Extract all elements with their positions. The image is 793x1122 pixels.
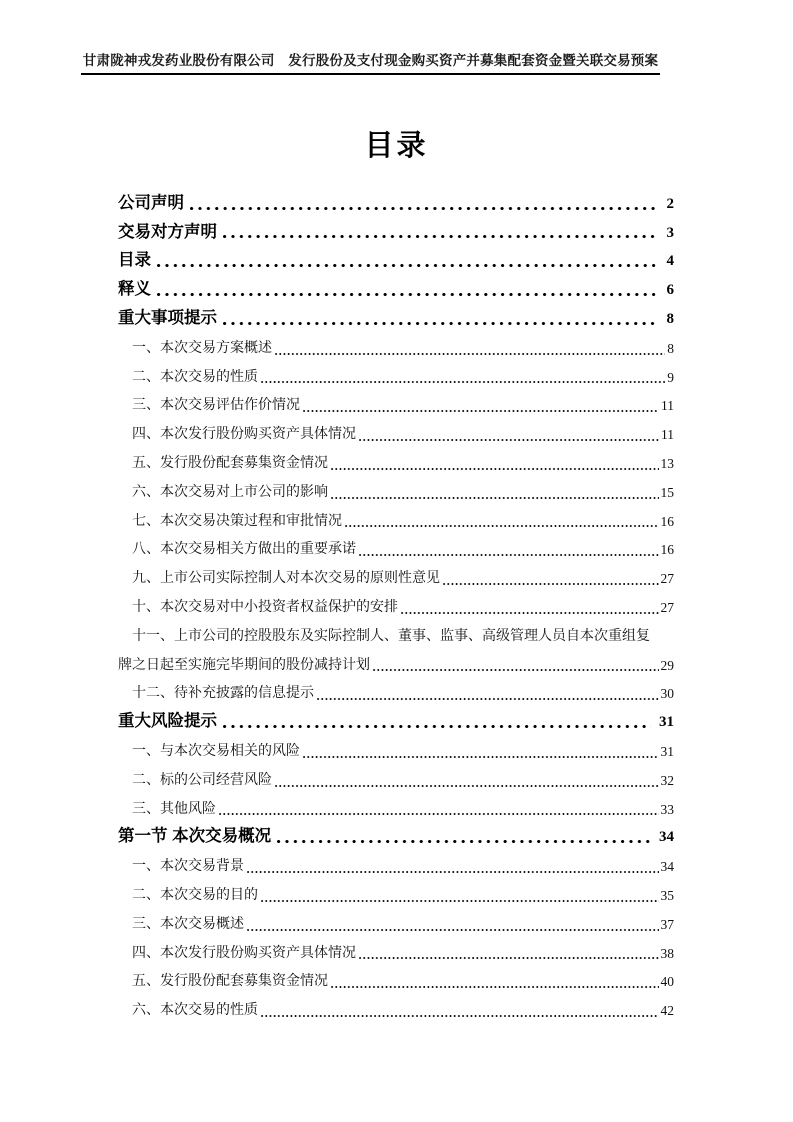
- toc-entry[interactable]: 一、与本次交易相关的风险 31: [118, 735, 674, 764]
- toc-entry[interactable]: 公司声明 2: [118, 188, 674, 217]
- toc-entry-page: 30: [661, 686, 675, 702]
- toc-entry-page: 15: [661, 485, 675, 501]
- toc-entry-label: 一、本次交易背景: [118, 855, 244, 875]
- toc-entry-label: 六、本次交易的性质: [118, 999, 258, 1019]
- toc-entry[interactable]: 十一、上市公司的控股股东及实际控制人、董事、监事、高级管理人员自本次重组复: [118, 620, 674, 649]
- toc-entry-label: 重大风险提示: [118, 707, 217, 731]
- toc-entry[interactable]: 八、本次交易相关方做出的重要承诺 16: [118, 534, 674, 563]
- toc-entry-label: 八、本次交易相关方做出的重要承诺: [118, 538, 356, 558]
- toc-entry[interactable]: 重大风险提示 31: [118, 706, 674, 735]
- toc-entry-page: 13: [661, 456, 675, 472]
- toc-entry-page: 27: [661, 571, 675, 587]
- toc-entry-label: 五、发行股份配套募集资金情况: [118, 452, 328, 472]
- toc-entry-label: 六、本次交易对上市公司的影响: [118, 481, 328, 501]
- toc-entry[interactable]: 七、本次交易决策过程和审批情况 16: [118, 505, 674, 534]
- toc-leader-dots: [247, 929, 659, 931]
- toc-leader-dots: [345, 525, 659, 527]
- toc-leader-dots: [190, 207, 659, 210]
- toc-entry-page: 29: [661, 658, 675, 674]
- toc-entry-label: 三、本次交易概述: [118, 913, 244, 933]
- toc-entry-page: 42: [661, 1003, 675, 1019]
- toc-entry-label: 目录: [118, 246, 151, 270]
- toc-entry-label: 公司声明: [118, 189, 184, 213]
- toc-entry-page: 34: [661, 859, 675, 875]
- toc-entry[interactable]: 重大事项提示 8: [118, 303, 674, 332]
- toc-leader-dots: [275, 353, 665, 355]
- toc-entry-page: 40: [661, 974, 675, 990]
- toc-entry[interactable]: 一、本次交易方案概述 8: [118, 332, 674, 361]
- toc-entry-label: 三、其他风险: [118, 798, 216, 818]
- toc-entry-label: 三、本次交易评估作价情况: [118, 394, 300, 414]
- toc-leader-dots: [331, 986, 659, 988]
- toc-entry[interactable]: 第一节 本次交易概况 34: [118, 822, 674, 851]
- toc-entry-page: 6: [667, 282, 675, 299]
- toc-leader-dots: [157, 264, 659, 267]
- toc-entry-page: 32: [661, 773, 675, 789]
- toc-entry-label: 二、标的公司经营风险: [118, 769, 272, 789]
- toc-entry[interactable]: 牌之日起至实施完毕期间的股份减持计划 29: [118, 649, 674, 678]
- toc-leader-dots: [261, 1015, 659, 1017]
- toc-entry[interactable]: 五、发行股份配套募集资金情况 40: [118, 966, 674, 995]
- toc-entry[interactable]: 三、本次交易评估作价情况 11: [118, 390, 674, 419]
- toc-entry-page: 11: [661, 398, 674, 414]
- toc-entry-page: 16: [661, 514, 675, 530]
- page-header-text: 甘肃陇神戎发药业股份有限公司 发行股份及支付现金购买资产并募集配套资金暨关联交易…: [81, 49, 660, 75]
- toc-leader-dots: [157, 293, 659, 296]
- toc-entry-label: 七、本次交易决策过程和审批情况: [118, 510, 342, 530]
- toc-leader-dots: [331, 468, 659, 470]
- toc-entry-page: 31: [661, 744, 675, 760]
- toc-leader-dots: [219, 813, 659, 815]
- toc-entry-label: 一、本次交易方案概述: [118, 337, 272, 357]
- toc-leader-dots: [261, 900, 659, 902]
- toc-entry-label: 二、本次交易的目的: [118, 884, 258, 904]
- toc-entry-page: 37: [661, 917, 675, 933]
- toc-entry-label: 十二、待补充披露的信息提示: [118, 682, 314, 702]
- toc-leader-dots: [303, 410, 659, 412]
- toc-entry-page: 11: [661, 427, 674, 443]
- toc-entry-page: 8: [667, 311, 675, 328]
- toc-entry-page: 3: [667, 225, 675, 242]
- toc-entry-label: 二、本次交易的性质: [118, 366, 258, 386]
- toc-entry[interactable]: 释义 6: [118, 274, 674, 303]
- toc-leader-dots: [331, 497, 659, 499]
- toc-leader-dots: [443, 583, 659, 585]
- toc-leader-dots: [277, 840, 651, 843]
- toc-leader-dots: [317, 698, 659, 700]
- toc-leader-dots: [359, 439, 659, 441]
- toc-entry[interactable]: 六、本次交易的性质 42: [118, 994, 674, 1023]
- toc-entry-page: 27: [661, 600, 675, 616]
- toc-entry[interactable]: 十二、待补充披露的信息提示 30: [118, 678, 674, 707]
- toc-leader-dots: [223, 322, 659, 325]
- toc-leader-dots: [303, 756, 659, 758]
- document-page: 甘肃陇神戎发药业股份有限公司 发行股份及支付现金购买资产并募集配套资金暨关联交易…: [0, 0, 793, 1122]
- page-title: 目录: [0, 123, 793, 164]
- toc-entry[interactable]: 目录 4: [118, 246, 674, 275]
- toc-entry-page: 35: [661, 888, 675, 904]
- toc-entry-page: 2: [667, 196, 675, 213]
- toc-leader-dots: [261, 381, 665, 383]
- toc-entry-label: 十一、上市公司的控股股东及实际控制人、董事、监事、高级管理人员自本次重组复: [118, 625, 650, 645]
- toc-entry-page: 38: [661, 946, 675, 962]
- page-header: 甘肃陇神戎发药业股份有限公司 发行股份及支付现金购买资产并募集配套资金暨关联交易…: [0, 49, 793, 75]
- toc-entry[interactable]: 五、发行股份配套募集资金情况 13: [118, 447, 674, 476]
- toc-entry-label: 五、发行股份配套募集资金情况: [118, 970, 328, 990]
- toc-entry-label: 四、本次发行股份购买资产具体情况: [118, 423, 356, 443]
- toc-entry[interactable]: 三、其他风险 33: [118, 793, 674, 822]
- toc-entry-label: 释义: [118, 275, 151, 299]
- toc-entry-label: 重大事项提示: [118, 304, 217, 328]
- toc-leader-dots: [275, 785, 659, 787]
- toc-entry[interactable]: 三、本次交易概述 37: [118, 908, 674, 937]
- toc-entry[interactable]: 二、标的公司经营风险 32: [118, 764, 674, 793]
- toc-entry-label: 四、本次发行股份购买资产具体情况: [118, 942, 356, 962]
- toc-entry-page: 31: [659, 714, 674, 731]
- toc-entry[interactable]: 二、本次交易的目的 35: [118, 879, 674, 908]
- toc-entry-page: 16: [661, 542, 675, 558]
- toc-entry-label: 一、与本次交易相关的风险: [118, 740, 300, 760]
- toc-entry[interactable]: 交易对方声明 3: [118, 217, 674, 246]
- toc-entry-label: 交易对方声明: [118, 218, 217, 242]
- toc-entry-page: 33: [661, 802, 675, 818]
- toc-entry[interactable]: 十、本次交易对中小投资者权益保护的安排 27: [118, 591, 674, 620]
- toc-leader-dots: [223, 725, 651, 728]
- toc-entry[interactable]: 六、本次交易对上市公司的影响 15: [118, 476, 674, 505]
- toc-entry-label: 牌之日起至实施完毕期间的股份减持计划: [118, 654, 370, 674]
- toc-entry-page: 8: [667, 341, 674, 357]
- toc-entry[interactable]: 四、本次发行股份购买资产具体情况 38: [118, 937, 674, 966]
- toc-entry-page: 4: [667, 253, 675, 270]
- toc-entry[interactable]: 四、本次发行股份购买资产具体情况 11: [118, 418, 674, 447]
- toc-leader-dots: [247, 871, 659, 873]
- toc-entry-label: 第一节 本次交易概况: [118, 822, 271, 846]
- toc-entry-label: 十、本次交易对中小投资者权益保护的安排: [118, 596, 398, 616]
- toc-leader-dots: [373, 669, 659, 671]
- toc-leader-dots: [401, 612, 659, 614]
- toc-entry-label: 九、上市公司实际控制人对本次交易的原则性意见: [118, 567, 440, 587]
- toc-entry-page: 9: [667, 370, 674, 386]
- toc-leader-dots: [359, 554, 659, 556]
- toc-list: 公司声明 2 交易对方声明 3 目录 4 释义 6 重大事项提示 8 一、本次交…: [118, 188, 674, 1023]
- toc-entry-page: 34: [659, 829, 674, 846]
- toc-leader-dots: [223, 235, 659, 238]
- toc-entry[interactable]: 二、本次交易的性质 9: [118, 361, 674, 390]
- toc-entry[interactable]: 一、本次交易背景 34: [118, 850, 674, 879]
- toc-entry[interactable]: 九、上市公司实际控制人对本次交易的原则性意见 27: [118, 562, 674, 591]
- toc-leader-dots: [359, 957, 659, 959]
